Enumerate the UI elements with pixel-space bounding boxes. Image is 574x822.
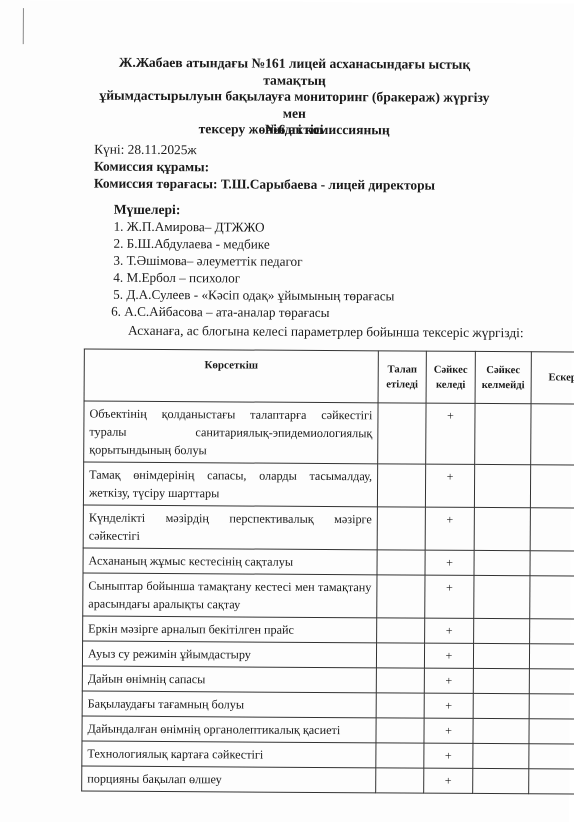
cell-required	[377, 618, 425, 643]
cell-indicator: Объектінің қолданыстағы талаптарға сәйке…	[84, 401, 378, 464]
header-note: Ескерту	[531, 352, 574, 404]
cell-required	[376, 643, 424, 668]
cell-note	[529, 669, 574, 694]
cell-note	[529, 744, 574, 769]
cell-required	[377, 575, 425, 618]
cell-note	[530, 551, 574, 576]
table-row: Тамақ өнімдерінің сапасы, оларды тасымал…	[83, 462, 574, 508]
cell-required	[377, 464, 425, 507]
table-row: Дайындалған өнімнің органолептикалық қас…	[82, 716, 574, 744]
cell-required	[376, 668, 424, 693]
cell-indicator: Асхананың жұмыс кестесінің сақталуы	[83, 548, 377, 575]
table-row: Бақылаудағы тағамның болуы+	[82, 691, 574, 719]
cell-noncompliant	[473, 668, 529, 693]
cell-compliant: +	[425, 575, 474, 618]
scanned-page: Ж.Жабаев атындағы №161 лицей асханасында…	[0, 0, 574, 822]
cell-compliant: +	[424, 668, 473, 693]
header-compliant: Сәйкес келеді	[426, 351, 475, 403]
member-item: 6. А.С.Айбасова – ата-аналар төрағасы	[111, 303, 394, 322]
cell-required	[376, 743, 424, 768]
table-row: Технологиялық картаға сәйкестігі+	[82, 741, 574, 769]
table-row: Дайын өнімнің сапасы+	[82, 666, 574, 694]
cell-noncompliant	[473, 768, 529, 793]
cell-indicator: Күнделікті мәзірдің перспективалық мәзір…	[83, 505, 377, 550]
cell-indicator: Еркін мәзірге арналып бекітілген прайс	[83, 616, 377, 643]
cell-noncompliant	[473, 643, 529, 668]
act-number: №6 актісі	[94, 121, 494, 139]
member-item: 4. М.Ербол – психолог	[113, 269, 394, 288]
members-heading: Мүшелері:	[114, 201, 395, 220]
cell-compliant: +	[425, 618, 474, 643]
cell-indicator: Технологиялық картаға сәйкестігі	[82, 741, 376, 768]
table-row: Асхананың жұмыс кестесінің сақталуы+	[83, 548, 574, 576]
date-line: Күні: 28.11.2025ж	[94, 141, 435, 160]
cell-required	[377, 507, 425, 550]
table-row: Күнделікті мәзірдің перспективалық мәзір…	[83, 505, 574, 551]
cell-note	[529, 719, 574, 744]
cell-noncompliant	[474, 575, 530, 618]
cell-indicator: Ауыз су режимін ұйымдастыру	[82, 641, 376, 668]
cell-indicator: порцияны бақылап өлшеу	[82, 766, 376, 793]
cell-noncompliant	[474, 507, 530, 550]
table-row: порцияны бақылап өлшеу+	[82, 766, 574, 794]
member-item: 1. Ж.П.Амирова– ДТЖЖО	[114, 218, 395, 237]
cell-noncompliant	[475, 403, 531, 464]
composition-label: Комиссия құрамы:	[94, 158, 435, 177]
cell-required	[376, 693, 424, 718]
cell-compliant: +	[425, 550, 474, 575]
header-indicator: Көрсеткіш	[84, 349, 378, 403]
cell-compliant: +	[424, 768, 473, 793]
cell-noncompliant	[474, 550, 530, 575]
table-row: Еркін мәзірге арналып бекітілген прайс+	[83, 616, 574, 644]
cell-noncompliant	[474, 618, 530, 643]
cell-note	[529, 694, 574, 719]
table-row: Сыныптар бойынша тамақтану кестесі мен т…	[83, 573, 574, 619]
cell-note	[530, 465, 574, 508]
cell-noncompliant	[473, 743, 529, 768]
title-line: ұйымдастырылуын бақылауға мониторинг (бр…	[94, 88, 494, 123]
title-line: Ж.Жабаев атындағы №161 лицей асханасында…	[94, 55, 494, 90]
chair-line: Комиссия төрағасы: Т.Ш.Сарыбаева - лицей…	[94, 175, 435, 194]
cell-noncompliant	[473, 693, 529, 718]
cell-compliant: +	[426, 403, 475, 464]
cell-required	[377, 550, 425, 575]
cell-note	[531, 404, 574, 465]
cell-required	[376, 768, 424, 793]
cell-noncompliant	[474, 464, 530, 507]
member-item: 3. Т.Әшімова– әлеуметтік педагог	[113, 252, 394, 271]
cell-note	[529, 644, 574, 669]
table-header-row: Көрсеткіш Талап етіледі Сәйкес келеді Сә…	[84, 349, 574, 404]
cell-indicator: Дайындалған өнімнің органолептикалық қас…	[82, 716, 376, 743]
cell-indicator: Дайын өнімнің сапасы	[82, 666, 376, 693]
table-row: Ауыз су режимін ұйымдастыру+	[82, 641, 574, 669]
table-row: Объектінің қолданыстағы талаптарға сәйке…	[84, 401, 574, 465]
inspection-table: Көрсеткіш Талап етіледі Сәйкес келеді Сә…	[81, 349, 574, 795]
cell-noncompliant	[473, 718, 529, 743]
scan-edge-mark	[23, 8, 24, 44]
header-required: Талап етіледі	[378, 351, 426, 403]
member-item: 5. Д.А.Сулеев - «Кәсіп одақ» ұйымының тө…	[113, 286, 394, 305]
cell-note	[530, 619, 574, 644]
cell-compliant: +	[424, 718, 473, 743]
cell-compliant: +	[424, 643, 473, 668]
cell-compliant: +	[424, 743, 473, 768]
cell-indicator: Тамақ өнімдерінің сапасы, оларды тасымал…	[83, 462, 377, 507]
members-list: Мүшелері: 1. Ж.П.Амирова– ДТЖЖО 2. Б.Ш.А…	[113, 201, 395, 322]
cell-compliant: +	[425, 507, 474, 550]
cell-note	[530, 508, 574, 551]
cell-required	[376, 718, 424, 743]
header-noncompliant: Сәйкес келмейді	[475, 351, 531, 403]
member-item: 2. Б.Ш.Абдулаева - медбике	[113, 235, 394, 254]
intro-text: Асханаға, ас блогына келесі параметрлер …	[128, 323, 524, 341]
cell-indicator: Бақылаудағы тағамның болуы	[82, 691, 376, 718]
cell-compliant: +	[424, 693, 473, 718]
cell-indicator: Сыныптар бойынша тамақтану кестесі мен т…	[83, 573, 377, 618]
cell-note	[530, 576, 574, 619]
cell-compliant: +	[425, 464, 474, 507]
cell-note	[529, 769, 574, 794]
cell-required	[378, 403, 426, 464]
act-meta: Күні: 28.11.2025ж Комиссия құрамы: Комис…	[94, 141, 435, 194]
